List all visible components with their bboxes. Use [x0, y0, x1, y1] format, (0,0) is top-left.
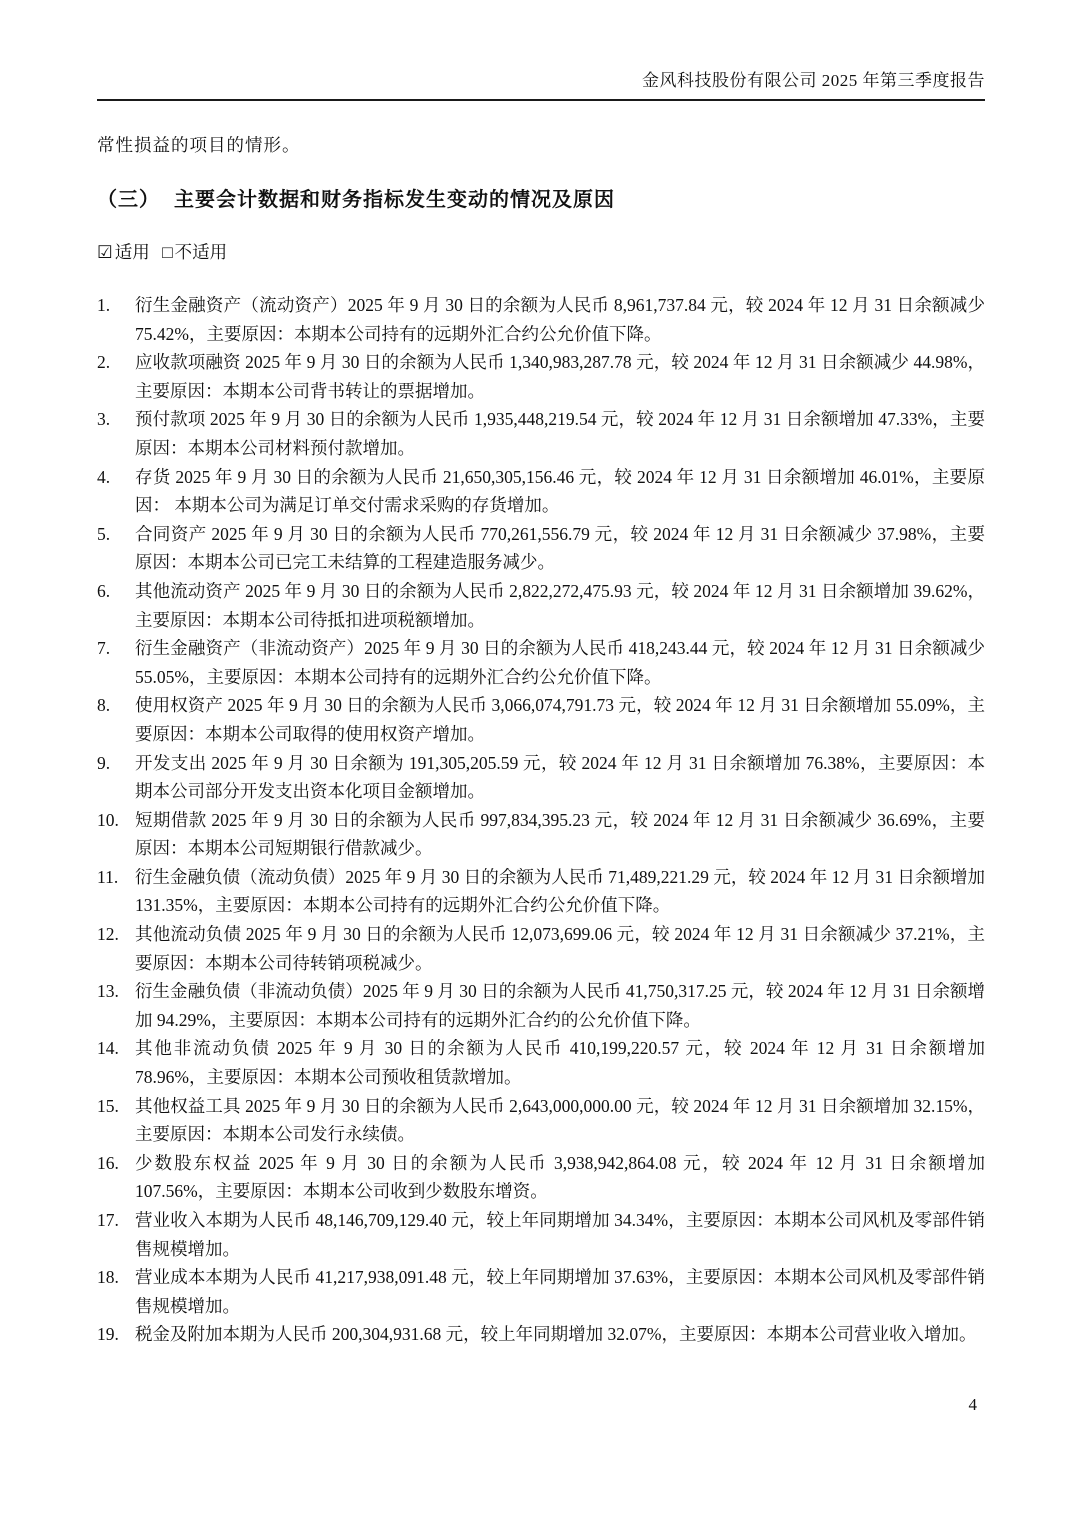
item-number: 11.: [97, 863, 135, 920]
item-number: 16.: [97, 1149, 135, 1206]
item-text: 税金及附加本期为人民币 200,304,931.68 元，较上年同期增加 32.…: [135, 1320, 985, 1349]
applicability-line: ☑适用 □不适用: [97, 241, 985, 263]
item-text: 衍生金融资产（流动资产）2025 年 9 月 30 日的余额为人民币 8,961…: [135, 291, 985, 348]
item-text: 其他权益工具 2025 年 9 月 30 日的余额为人民币 2,643,000,…: [135, 1092, 985, 1149]
item-number: 14.: [97, 1034, 135, 1091]
list-item: 9.开发支出 2025 年 9 月 30 日余额为 191,305,205.59…: [97, 749, 985, 806]
carryover-paragraph: 常性损益的项目的情形。: [97, 133, 985, 157]
unchecked-checkbox-icon: □: [162, 242, 173, 262]
item-number: 18.: [97, 1263, 135, 1320]
page-number: 4: [969, 1395, 978, 1415]
list-item: 19.税金及附加本期为人民币 200,304,931.68 元，较上年同期增加 …: [97, 1320, 985, 1349]
item-number: 13.: [97, 977, 135, 1034]
change-items-list: 1.衍生金融资产（流动资产）2025 年 9 月 30 日的余额为人民币 8,9…: [97, 291, 985, 1349]
list-item: 18.营业成本本期为人民币 41,217,938,091.48 元，较上年同期增…: [97, 1263, 985, 1320]
list-item: 3.预付款项 2025 年 9 月 30 日的余额为人民币 1,935,448,…: [97, 405, 985, 462]
list-item: 2.应收款项融资 2025 年 9 月 30 日的余额为人民币 1,340,98…: [97, 348, 985, 405]
list-item: 12.其他流动负债 2025 年 9 月 30 日的余额为人民币 12,073,…: [97, 920, 985, 977]
item-text: 其他非流动负债 2025 年 9 月 30 日的余额为人民币 410,199,2…: [135, 1034, 985, 1091]
item-number: 1.: [97, 291, 135, 348]
list-item: 14.其他非流动负债 2025 年 9 月 30 日的余额为人民币 410,19…: [97, 1034, 985, 1091]
item-number: 9.: [97, 749, 135, 806]
item-text: 开发支出 2025 年 9 月 30 日余额为 191,305,205.59 元…: [135, 749, 985, 806]
item-text: 其他流动负债 2025 年 9 月 30 日的余额为人民币 12,073,699…: [135, 920, 985, 977]
section-number: （三）: [97, 189, 160, 211]
item-text: 应收款项融资 2025 年 9 月 30 日的余额为人民币 1,340,983,…: [135, 348, 985, 405]
list-item: 17.营业收入本期为人民币 48,146,709,129.40 元，较上年同期增…: [97, 1206, 985, 1263]
not-applicable-label: 不适用: [175, 242, 228, 262]
list-item: 10.短期借款 2025 年 9 月 30 日的余额为人民币 997,834,3…: [97, 806, 985, 863]
item-number: 8.: [97, 691, 135, 748]
item-text: 短期借款 2025 年 9 月 30 日的余额为人民币 997,834,395.…: [135, 806, 985, 863]
item-number: 4.: [97, 463, 135, 520]
item-number: 3.: [97, 405, 135, 462]
item-text: 合同资产 2025 年 9 月 30 日的余额为人民币 770,261,556.…: [135, 520, 985, 577]
report-page: 金风科技股份有限公司 2025 年第三季度报告 常性损益的项目的情形。 （三）主…: [0, 0, 1080, 1527]
item-text: 少数股东权益 2025 年 9 月 30 日的余额为人民币 3,938,942,…: [135, 1149, 985, 1206]
not-applicable-option: □不适用: [162, 242, 227, 262]
item-number: 5.: [97, 520, 135, 577]
list-item: 4.存货 2025 年 9 月 30 日的余额为人民币 21,650,305,1…: [97, 463, 985, 520]
item-text: 衍生金融负债（非流动负债）2025 年 9 月 30 日的余额为人民币 41,7…: [135, 977, 985, 1034]
item-number: 12.: [97, 920, 135, 977]
list-item: 15.其他权益工具 2025 年 9 月 30 日的余额为人民币 2,643,0…: [97, 1092, 985, 1149]
checked-checkbox-icon: ☑: [97, 242, 113, 262]
page-header: 金风科技股份有限公司 2025 年第三季度报告: [97, 70, 985, 101]
applicable-option: ☑适用: [97, 242, 154, 262]
item-text: 使用权资产 2025 年 9 月 30 日的余额为人民币 3,066,074,7…: [135, 691, 985, 748]
list-item: 1.衍生金融资产（流动资产）2025 年 9 月 30 日的余额为人民币 8,9…: [97, 291, 985, 348]
item-text: 营业收入本期为人民币 48,146,709,129.40 元，较上年同期增加 3…: [135, 1206, 985, 1263]
item-number: 15.: [97, 1092, 135, 1149]
list-item: 11.衍生金融负债（流动负债）2025 年 9 月 30 日的余额为人民币 71…: [97, 863, 985, 920]
item-number: 2.: [97, 348, 135, 405]
item-text: 衍生金融负债（流动负债）2025 年 9 月 30 日的余额为人民币 71,48…: [135, 863, 985, 920]
section-heading: （三）主要会计数据和财务指标发生变动的情况及原因: [97, 183, 985, 212]
item-text: 其他流动资产 2025 年 9 月 30 日的余额为人民币 2,822,272,…: [135, 577, 985, 634]
item-number: 10.: [97, 806, 135, 863]
header-divider: [97, 99, 985, 101]
item-number: 7.: [97, 634, 135, 691]
list-item: 13.衍生金融负债（非流动负债）2025 年 9 月 30 日的余额为人民币 4…: [97, 977, 985, 1034]
item-text: 衍生金融资产（非流动资产）2025 年 9 月 30 日的余额为人民币 418,…: [135, 634, 985, 691]
list-item: 16.少数股东权益 2025 年 9 月 30 日的余额为人民币 3,938,9…: [97, 1149, 985, 1206]
item-text: 预付款项 2025 年 9 月 30 日的余额为人民币 1,935,448,21…: [135, 405, 985, 462]
item-text: 营业成本本期为人民币 41,217,938,091.48 元，较上年同期增加 3…: [135, 1263, 985, 1320]
report-header-title: 金风科技股份有限公司 2025 年第三季度报告: [97, 70, 985, 92]
list-item: 7.衍生金融资产（非流动资产）2025 年 9 月 30 日的余额为人民币 41…: [97, 634, 985, 691]
applicable-label: 适用: [115, 242, 150, 262]
section-title: 主要会计数据和财务指标发生变动的情况及原因: [174, 189, 615, 211]
item-number: 17.: [97, 1206, 135, 1263]
list-item: 5.合同资产 2025 年 9 月 30 日的余额为人民币 770,261,55…: [97, 520, 985, 577]
item-number: 6.: [97, 577, 135, 634]
item-number: 19.: [97, 1320, 135, 1349]
list-item: 6.其他流动资产 2025 年 9 月 30 日的余额为人民币 2,822,27…: [97, 577, 985, 634]
list-item: 8.使用权资产 2025 年 9 月 30 日的余额为人民币 3,066,074…: [97, 691, 985, 748]
item-text: 存货 2025 年 9 月 30 日的余额为人民币 21,650,305,156…: [135, 463, 985, 520]
